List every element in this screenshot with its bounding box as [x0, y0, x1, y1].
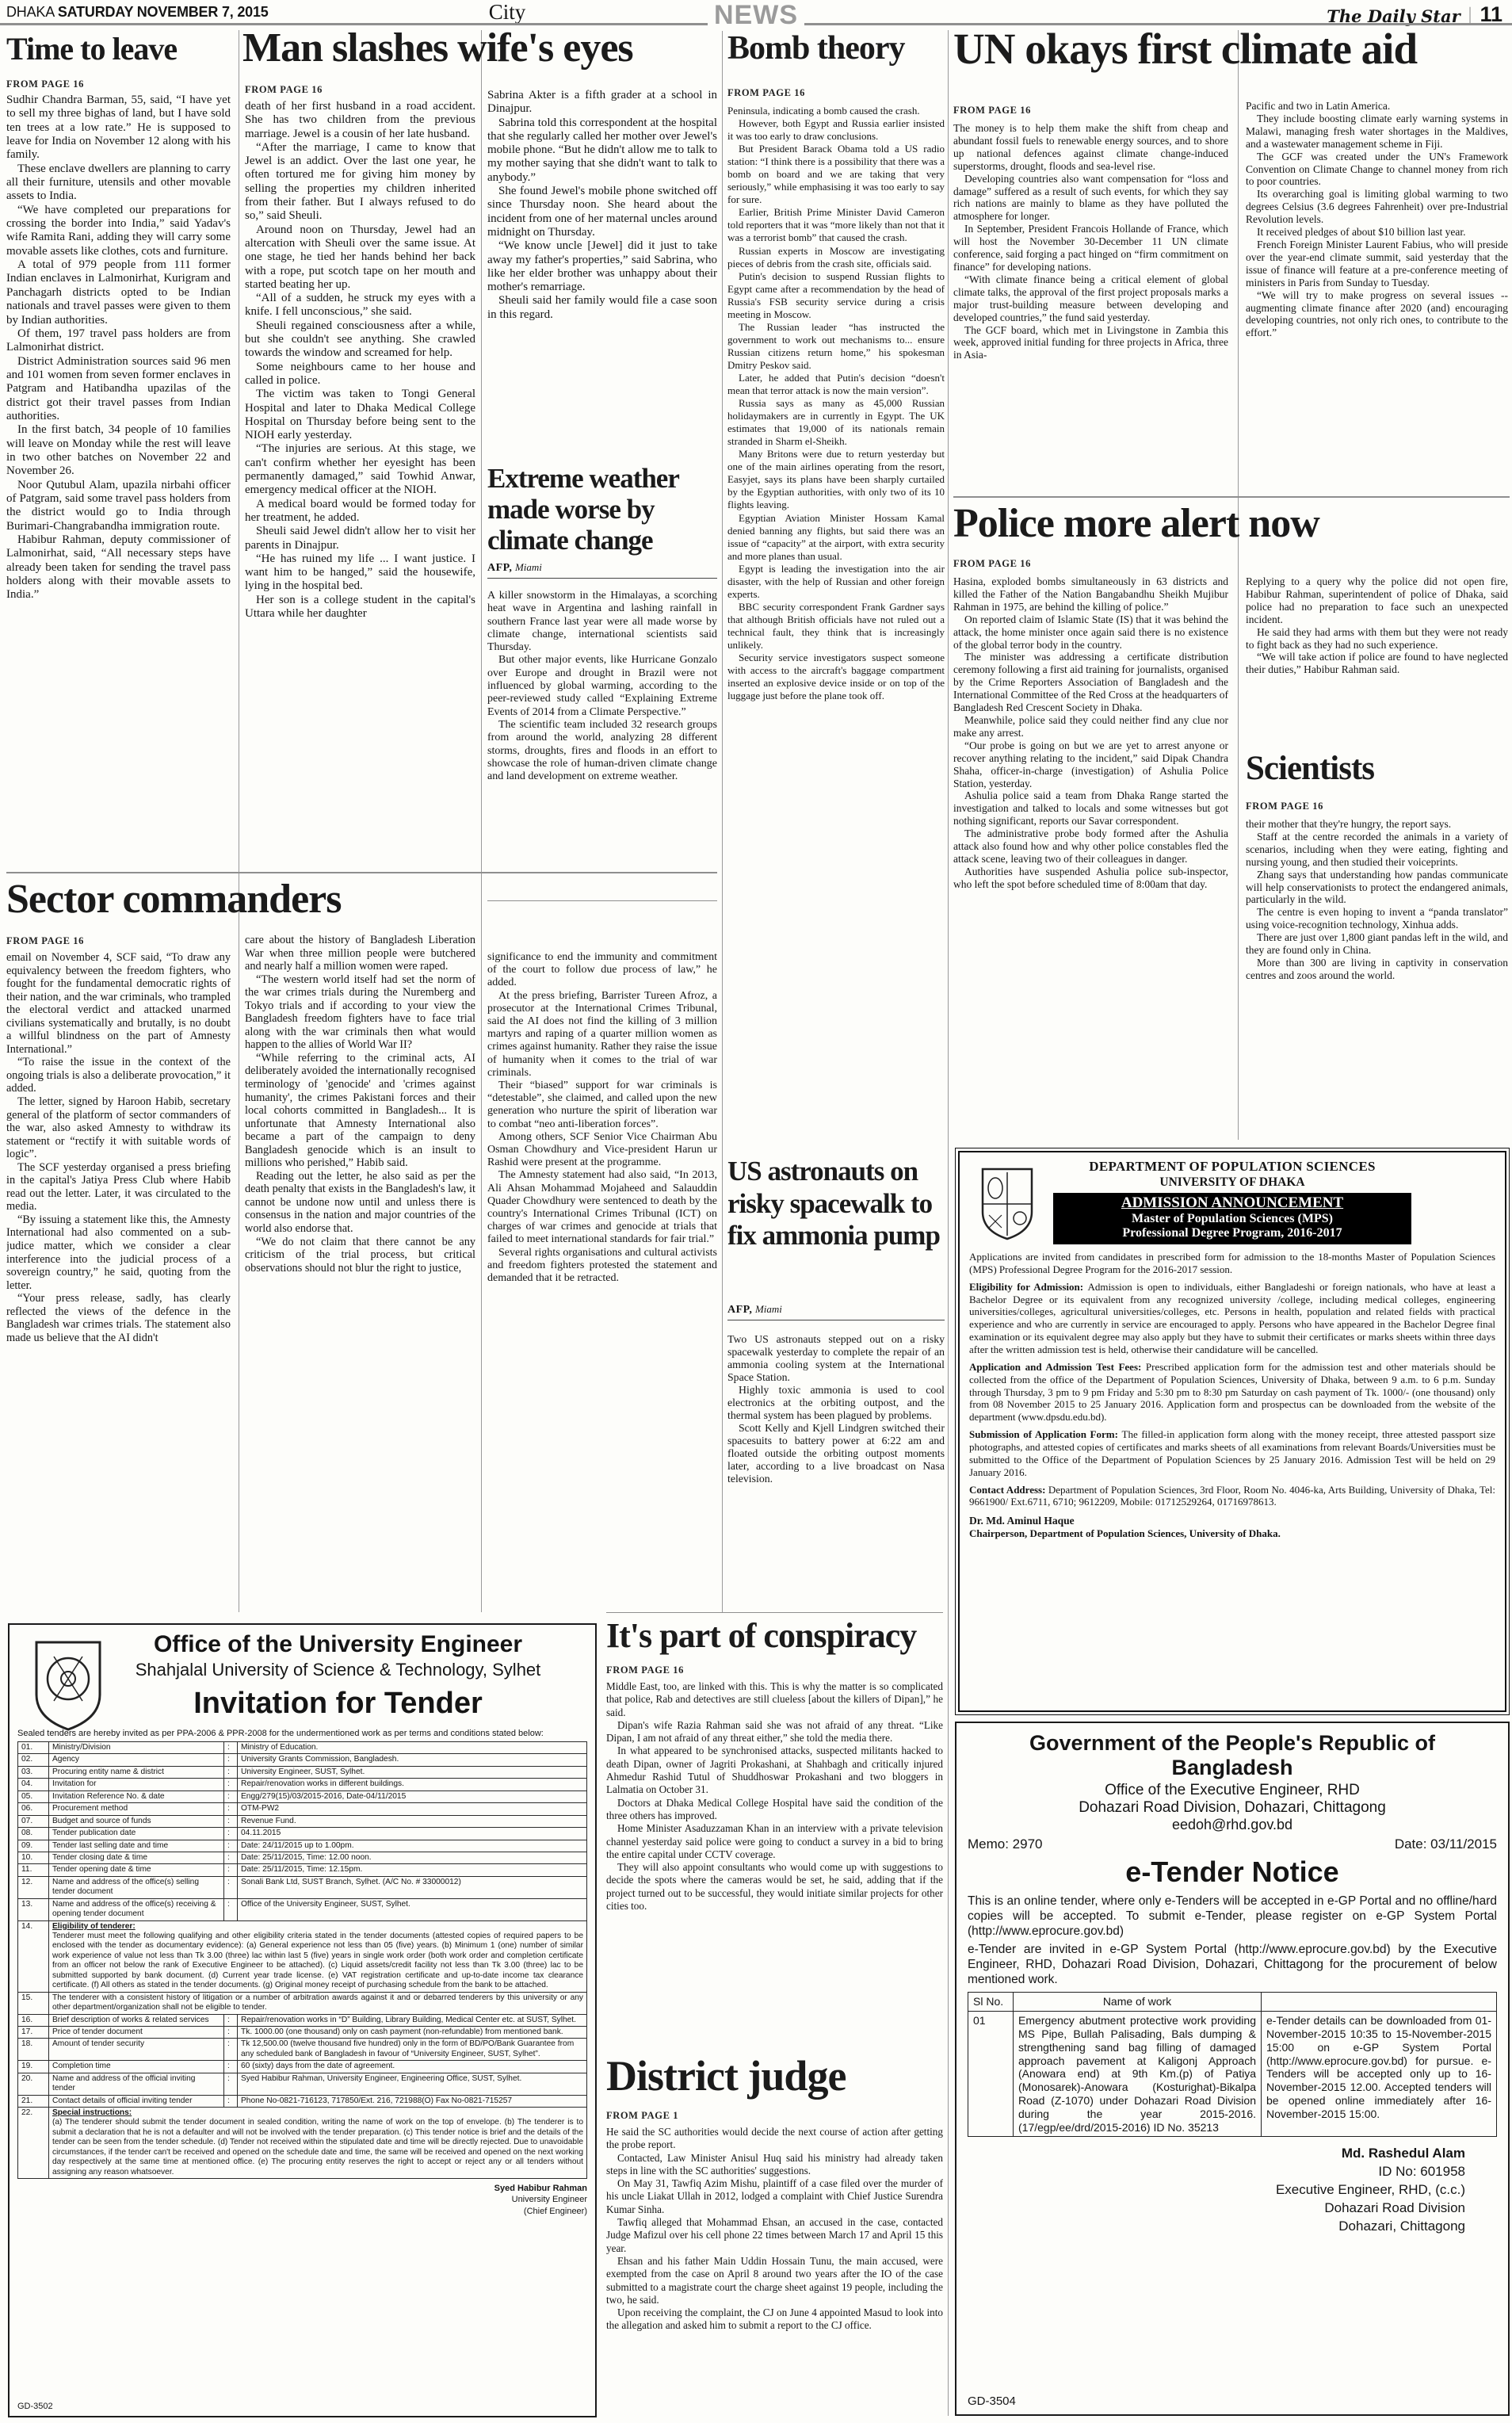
article-body-man-slashes-col1: death of her first husband in a road acc… [245, 100, 475, 842]
article-body-sector-col3: significance to end the immunity and com… [487, 951, 717, 1614]
column-divider [722, 30, 723, 1612]
paragraph: On reported claim of Islamic State (IS) … [953, 613, 1228, 652]
paragraph: “We will take action if police are found… [1246, 651, 1508, 676]
paragraph: Later, he added that Putin's decision “d… [727, 372, 945, 397]
paragraph: death of her first husband in a road acc… [245, 100, 475, 141]
paragraph: Home Minister Asaduzzaman Khan in an int… [606, 1822, 943, 1861]
paragraph: “He has ruined my life ... I want justic… [245, 552, 475, 594]
gd-number: GD-3504 [968, 2394, 1016, 2408]
tender-row: 08.Tender publication date:04.11.2015 [18, 1828, 587, 1840]
kicker: FROM PAGE 16 [1246, 801, 1323, 812]
section-label: City [444, 0, 571, 25]
tender-cell: 60 (sixty) days from the date of agreeme… [238, 2061, 587, 2073]
tender-cell: University Grants Commission, Bangladesh… [238, 1754, 587, 1766]
paragraph: They include boosting climate early warn… [1246, 113, 1508, 151]
tender-cell: 01. [18, 1742, 49, 1754]
tender-cell: 18. [18, 2039, 49, 2061]
paragraph: The centre is even hoping to invent a “p… [1246, 906, 1508, 931]
paragraph: “All of a sudden, he struck my eyes with… [245, 292, 475, 319]
paragraph: Some neighbours came to her house and ca… [245, 361, 475, 388]
tender-cell: : [224, 1898, 238, 1920]
paragraph: She found Jewel's mobile phone switched … [487, 185, 717, 239]
headline-district-judge: District judge [606, 2054, 943, 2098]
tender-cell: 04.11.2015 [238, 1828, 587, 1840]
tender-row: 11.Tender opening date & time:Date: 25/1… [18, 1864, 587, 1876]
paragraph: Developing countries also want compensat… [953, 173, 1228, 224]
paragraph: “We do not claim that there cannot be an… [245, 1236, 475, 1275]
tender-cell: Sonali Bank Ltd, SUST Branch, Sylhet. (A… [238, 1876, 587, 1898]
table-header-row: Sl No. Name of work [968, 1993, 1497, 2012]
tender-cell: 11. [18, 1864, 49, 1876]
byline-place: Miami [515, 561, 542, 573]
paragraph: The Amnesty statement had also said, “In… [487, 1169, 717, 1246]
article-body-extreme-weather: A killer snowstorm in the Himalayas, a s… [487, 590, 717, 892]
kicker: FROM PAGE 16 [245, 84, 323, 96]
signatory-title: University Engineer [17, 2194, 587, 2205]
tender-cell: : [224, 1815, 238, 1827]
tender-cell: OTM-PW2 [238, 1803, 587, 1815]
tender-cell: : [224, 1852, 238, 1863]
paragraph: A total of 979 people from 111 former In… [6, 258, 231, 327]
paragraph: “By issuing a statement like this, the A… [6, 1213, 231, 1292]
rhd-title: e-Tender Notice [968, 1855, 1497, 1889]
dps-blackbar: ADMISSION ANNOUNCEMENT Master of Populat… [1053, 1193, 1411, 1244]
tender-cell: Phone No-0821-716123, 717850/Ext. 216, 7… [238, 2095, 587, 2107]
tender-cell: 02. [18, 1754, 49, 1766]
paragraph: Tawfiq alleged that Mohammad Ehsan, an a… [606, 2216, 943, 2255]
paragraph: The GCF board, which met in Livingstone … [953, 324, 1228, 362]
headline-conspiracy: It's part of conspiracy [606, 1619, 943, 1654]
tender-cell: 08. [18, 1828, 49, 1840]
tender-cell: 05. [18, 1790, 49, 1802]
ad-signature: Syed Habibur Rahman University Engineer … [17, 2183, 587, 2217]
paragraph: “The injuries are serious. At this stage… [245, 442, 475, 497]
section-rule [606, 1612, 943, 1613]
tender-cell: Eligibility of tenderer: Tenderer must m… [49, 1920, 587, 1992]
paragraph: “After the marriage, I came to know that… [245, 141, 475, 224]
paragraph: Around noon on Thursday, Jewel had an al… [245, 224, 475, 292]
dps-university: UNIVERSITY OF DHAKA [969, 1175, 1495, 1190]
tender-cell: Tender opening date & time [49, 1864, 224, 1876]
tender-cell: 14. [18, 1920, 49, 1992]
paragraph-lead: Contact Address: [969, 1484, 1048, 1496]
paragraph: Meanwhile, police said they could neithe… [953, 714, 1228, 740]
paragraph: Sheuli said her family would file a case… [487, 294, 717, 322]
paragraph: Authorities have suspended Ashulia polic… [953, 866, 1228, 891]
paragraph: Russian experts in Moscow are investigat… [727, 245, 945, 270]
paragraph: Their “biased” support for war criminals… [487, 1080, 717, 1131]
article-body-police-col1: Hasina, exploded bombs simultaneously in… [953, 575, 1228, 1102]
paragraph: Peninsula, indicating a bomb caused the … [727, 105, 945, 117]
tender-cell: 15. [18, 1992, 49, 2014]
column-divider [481, 30, 482, 1612]
tender-cell: 20. [18, 2073, 49, 2095]
article-body-un-okays-col1: The money is to help them make the shift… [953, 122, 1228, 490]
paragraph: French Foreign Minister Laurent Fabius, … [1246, 239, 1508, 289]
article-body-police-col2: Replying to a query why the police did n… [1246, 575, 1508, 747]
paragraph: Sabrina Akter is a fifth grader at a sch… [487, 89, 717, 117]
tender-cell: 21. [18, 2095, 49, 2107]
tender-cell: Budget and source of funds [49, 1815, 224, 1827]
article-body-man-slashes-col2: Sabrina Akter is a fifth grader at a sch… [487, 89, 717, 453]
paragraph: Her son is a college student in the capi… [245, 594, 475, 621]
paragraph: The money is to help them make the shift… [953, 122, 1228, 173]
tender-cell: Name and address of the office(s) receiv… [49, 1898, 224, 1920]
paragraph: Upon receiving the complaint, the CJ on … [606, 2306, 943, 2333]
tender-cell: Amount of tender security [49, 2039, 224, 2061]
article-body-un-okays-col2: Pacific and two in Latin America.They in… [1246, 100, 1508, 490]
tender-cell-label: Special instructions: [52, 2108, 132, 2117]
tender-cell: 07. [18, 1815, 49, 1827]
headline-un-okays: UN okays first climate aid [953, 27, 1510, 71]
dps-signatory-name: Dr. Md. Aminul Haque [969, 1515, 1495, 1527]
tender-cell: Name and address of the official invitin… [49, 2073, 224, 2095]
tender-cell: Engg/279(15)/03/2015-2016, Date-04/11/20… [238, 1790, 587, 1802]
section-rule [487, 900, 717, 901]
tender-cell: Invitation Reference No. & date [49, 1790, 224, 1802]
tender-cell: Tender last selling date and time [49, 1840, 224, 1852]
paragraph: Dipan's wife Razia Rahman said she was n… [606, 1719, 943, 1745]
tender-cell: Date: 25/11/2015, Time: 12.15pm. [238, 1864, 587, 1876]
paragraph: Ashulia police said a team from Dhaka Ra… [953, 789, 1228, 827]
paragraph: But President Barack Obama told a US rad… [727, 143, 945, 206]
ad-university-name: Shahjalal University of Science & Techno… [89, 1660, 587, 1680]
ad-office-name: Office of the University Engineer [89, 1631, 587, 1658]
tender-row: 01.Ministry/Division:Ministry of Educati… [18, 1742, 587, 1754]
dhaka-university-logo [978, 1166, 1037, 1242]
paragraph: Doctors at Dhaka Medical College Hospita… [606, 1797, 943, 1823]
tender-cell: Procuring entity name & district [49, 1766, 224, 1778]
rhd-signature: Md. Rashedul Alam ID No: 601958 Executiv… [968, 2145, 1465, 2236]
paragraph: “We have completed our preparations for … [6, 204, 231, 258]
col-sl: Sl No. [968, 1993, 1014, 2012]
masthead-date: SATURDAY NOVEMBER 7, 2015 [58, 4, 269, 20]
news-watermark: NEWS [708, 0, 804, 31]
tender-row: 12.Name and address of the office(s) sel… [18, 1876, 587, 1898]
rhd-signatory-place: Dohazari, Chittagong [968, 2218, 1465, 2236]
headline-time-to-leave: Time to leave [6, 33, 231, 66]
paragraph: Reading out the letter, he also said as … [245, 1170, 475, 1236]
tender-cell: Office of the University Engineer, SUST,… [238, 1898, 587, 1920]
tender-row: 03.Procuring entity name & district:Univ… [18, 1766, 587, 1778]
tender-cell: : [224, 1779, 238, 1790]
article-body-scientists: their mother that they're hungry, the re… [1246, 818, 1508, 1138]
paragraph: their mother that they're hungry, the re… [1246, 818, 1508, 831]
paragraph: Scott Kelly and Kjell Lindgren switched … [727, 1422, 945, 1485]
tender-row: 06.Procurement method:OTM-PW2 [18, 1803, 587, 1815]
byline-us-astronauts: AFP, Miami [727, 1303, 945, 1320]
paragraph: significance to end the immunity and com… [487, 951, 717, 990]
article-body-sector-col2: care about the history of Bangladesh Lib… [245, 934, 475, 1614]
rhd-division-line: Dohazari Road Division, Dohazari, Chitta… [968, 1799, 1497, 1817]
paragraph: Zhang says that understanding how pandas… [1246, 869, 1508, 907]
paragraph: In the first batch, 34 people of 10 fami… [6, 423, 231, 478]
tender-cell: Tk. 1000.00 (one thousand) only on cash … [238, 2026, 587, 2038]
tender-cell: Syed Habibur Rahman, University Engineer… [238, 2073, 587, 2095]
tender-cell: 06. [18, 1803, 49, 1815]
masthead-dateline: DHAKA SATURDAY NOVEMBER 7, 2015 [6, 4, 269, 21]
dps-paragraphs: Eligibility for Admission: Admission is … [969, 1281, 1495, 1509]
gd-number: GD-3502 [17, 2402, 53, 2411]
paragraph: Of them, 197 travel pass holders are fro… [6, 327, 231, 355]
kicker: FROM PAGE 16 [6, 78, 84, 90]
kicker: FROM PAGE 16 [606, 1664, 684, 1676]
paragraph: Its overarching goal is limiting global … [1246, 188, 1508, 226]
paragraph: Staff at the centre recorded the animals… [1246, 831, 1508, 869]
tender-cell: 03. [18, 1766, 49, 1778]
headline-bomb-theory: Bomb theory [727, 32, 945, 66]
paragraph: Sheuli said Jewel didn't allow her to vi… [245, 525, 475, 552]
byline-agency: AFP, [487, 562, 512, 574]
headline-scientists: Scientists [1246, 751, 1508, 786]
tender-cell: : [224, 2073, 238, 2095]
paragraph: “Our probe is going on but we are yet to… [953, 740, 1228, 790]
tender-cell: : [224, 2039, 238, 2061]
paragraph: There are just over 1,800 giant pandas l… [1246, 931, 1508, 957]
column-divider [239, 30, 239, 1612]
paragraph: Hasina, exploded bombs simultaneously in… [953, 575, 1228, 613]
signatory-name: Syed Habibur Rahman [17, 2183, 587, 2194]
tender-row: 22.Special instructions: (a) The tendere… [18, 2108, 587, 2179]
rhd-signatory-division: Dohazari Road Division [968, 2199, 1465, 2218]
tender-cell: Ministry of Education. [238, 1742, 587, 1754]
tender-cell: 12. [18, 1876, 49, 1898]
paragraph: “We will try to make progress on several… [1246, 289, 1508, 340]
paragraph: The scientific team included 32 research… [487, 719, 717, 783]
tender-cell: 19. [18, 2061, 49, 2073]
paragraph: A killer snowstorm in the Himalayas, a s… [487, 590, 717, 654]
paragraph: Application and Admission Test Fees: Pre… [969, 1361, 1495, 1424]
sust-logo [30, 1639, 106, 1733]
tender-table: 01.Ministry/Division:Ministry of Educati… [17, 1741, 587, 2179]
paragraph: However, both Egypt and Russia earlier i… [727, 117, 945, 143]
article-body-conspiracy: Middle East, too, are linked with this. … [606, 1680, 943, 2050]
tender-cell: Ministry/Division [49, 1742, 224, 1754]
paragraph: Many Britons were due to return yesterda… [727, 448, 945, 511]
headline-extreme-weather: Extreme weather made worse by climate ch… [487, 463, 717, 556]
paragraph: In what appeared to be synchronised atta… [606, 1745, 943, 1796]
paragraph: Security service investigators suspect s… [727, 652, 945, 702]
paragraph: But other major events, like Hurricane G… [487, 654, 717, 718]
ad-rhd-etender: Government of the People's Republic of B… [955, 1722, 1510, 2416]
tender-cell: Repair/renovation works in different bui… [238, 1779, 587, 1790]
rhd-office-line: Office of the Executive Engineer, RHD [968, 1782, 1497, 1799]
section-rule [953, 496, 1510, 498]
rhd-signatory-name: Md. Rashedul Alam [968, 2145, 1465, 2163]
tender-cell: : [224, 1790, 238, 1802]
headline-man-slashes: Man slashes wife's eyes [242, 27, 718, 69]
newspaper-page: DHAKA SATURDAY NOVEMBER 7, 2015 City NEW… [0, 0, 1512, 2423]
tender-row: 14.Eligibility of tenderer: Tenderer mus… [18, 1920, 587, 1992]
headline-sector-commanders: Sector commanders [6, 878, 482, 920]
dps-announcement: ADMISSION ANNOUNCEMENT [1058, 1194, 1407, 1212]
paragraph: “While referring to the criminal acts, A… [245, 1052, 475, 1170]
tender-cell: : [224, 1840, 238, 1852]
tender-row: 18.Amount of tender security:Tk 12,500.0… [18, 2039, 587, 2061]
rhd-para1: This is an online tender, where only e-T… [968, 1894, 1497, 1939]
paragraph: The minister was addressing a certificat… [953, 651, 1228, 714]
tender-cell: Agency [49, 1754, 224, 1766]
tender-cell: : [224, 2095, 238, 2107]
paragraph: Replying to a query why the police did n… [1246, 575, 1508, 626]
cell-sl: 01 [968, 2012, 1014, 2137]
byline-place: Miami [755, 1303, 782, 1315]
kicker: FROM PAGE 16 [6, 935, 84, 947]
paragraph: “With climate finance being a critical e… [953, 273, 1228, 324]
rhd-signatory-title: Executive Engineer, RHD, (c.c.) [968, 2181, 1465, 2199]
paragraph: The GCF was created under the UN's Frame… [1246, 151, 1508, 189]
paragraph: The SCF yesterday organised a press brie… [6, 1161, 231, 1213]
tender-row: 04.Invitation for:Repair/renovation work… [18, 1779, 587, 1790]
rhd-para2: e-Tender are invited in e-GP System Port… [968, 1942, 1497, 1987]
dps-intro: Applications are invited from candidates… [969, 1251, 1495, 1276]
paragraph: Among others, SCF Senior Vice Chairman A… [487, 1131, 717, 1170]
kicker: FROM PAGE 16 [953, 105, 1031, 117]
tender-cell: 22. [18, 2108, 49, 2179]
tender-row: 19.Completion time:60 (sixty) days from … [18, 2061, 587, 2073]
tender-cell: Procurement method [49, 1803, 224, 1815]
tender-cell: 13. [18, 1898, 49, 1920]
byline-agency: AFP, [727, 1304, 752, 1316]
rhd-work-table: Sl No. Name of work 01 Emergency abutmen… [968, 1992, 1497, 2137]
paragraph: Two US astronauts stepped out on a risky… [727, 1333, 945, 1384]
tender-cell: : [224, 1766, 238, 1778]
dps-program: Master of Population Sciences (MPS) [1058, 1212, 1407, 1226]
tender-cell: : [224, 1864, 238, 1876]
table-row: 01 Emergency abutment protective work pr… [968, 2012, 1497, 2137]
tender-cell: Tender closing date & time [49, 1852, 224, 1863]
tender-cell: : [224, 2061, 238, 2073]
article-body-district-judge: He said the SC authorities would decide … [606, 2126, 943, 2419]
paragraph: Egypt is leading the investigation into … [727, 563, 945, 601]
tender-cell: Price of tender document [49, 2026, 224, 2038]
tender-cell: Tender publication date [49, 1828, 224, 1840]
tender-row: 02.Agency:University Grants Commission, … [18, 1754, 587, 1766]
paragraph: Contacted, Law Minister Anisul Huq said … [606, 2152, 943, 2178]
rhd-date: Date: 03/11/2015 [1395, 1836, 1497, 1852]
tender-cell: Revenue Fund. [238, 1815, 587, 1827]
paragraph: On May 31, Tawfiq Azim Mishu, plaintiff … [606, 2177, 943, 2216]
rhd-gov-line: Government of the People's Republic of B… [968, 1731, 1497, 1780]
paragraph: Several rights organisations and cultura… [487, 1247, 717, 1286]
cell-work: Emergency abutment protective work provi… [1014, 2012, 1262, 2137]
paragraph-lead: Application and Admission Test Fees: [969, 1361, 1146, 1373]
tender-cell: Date: 25/11/2015, Time: 12.00 noon. [238, 1852, 587, 1863]
tender-cell: Repair/renovation works in “D” Building,… [238, 2014, 587, 2026]
tender-cell: 10. [18, 1852, 49, 1863]
article-body-time-to-leave: Sudhir Chandra Barman, 55, said, “I have… [6, 94, 231, 837]
tender-cell: Invitation for [49, 1779, 224, 1790]
tender-row: 13.Name and address of the office(s) rec… [18, 1898, 587, 1920]
tender-row: 09.Tender last selling date and time:Dat… [18, 1840, 587, 1852]
tender-cell: Tk 12,500.00 (twelve thousand five hundr… [238, 2039, 587, 2061]
ad-sust-tender: Office of the University Engineer Shahja… [8, 1623, 597, 2417]
tender-cell: University Engineer, SUST, Sylhet. [238, 1766, 587, 1778]
signatory-title2: (Chief Engineer) [17, 2206, 587, 2217]
tender-cell: : [224, 2026, 238, 2038]
tender-cell: : [224, 1828, 238, 1840]
paragraph: Sudhir Chandra Barman, 55, said, “I have… [6, 94, 231, 162]
byline-extreme-weather: AFP, Miami [487, 561, 717, 579]
paragraph: “Your press release, sadly, has clearly … [6, 1292, 231, 1344]
paragraph: These enclave dwellers are planning to c… [6, 162, 231, 204]
paragraph: The administrative probe body formed aft… [953, 827, 1228, 866]
paragraph: It received pledges of about $10 billion… [1246, 226, 1508, 239]
tender-cell: 09. [18, 1840, 49, 1852]
column-divider [948, 30, 949, 2416]
tender-row: 10.Tender closing date & time:Date: 25/1… [18, 1852, 587, 1863]
tender-row: 21.Contact details of official inviting … [18, 2095, 587, 2107]
paragraph: The victim was taken to Tongi General Ho… [245, 388, 475, 442]
headline-us-astronauts: US astronauts on risky spacewalk to fix … [727, 1156, 945, 1252]
rhd-signatory-id: ID No: 601958 [968, 2163, 1465, 2181]
article-body-bomb-theory: Peninsula, indicating a bomb caused the … [727, 105, 945, 1149]
tender-row: 15.The tenderer with a consistent histor… [18, 1992, 587, 2014]
kicker: FROM PAGE 16 [953, 558, 1031, 570]
tender-row: 17.Price of tender document:Tk. 1000.00 … [18, 2026, 587, 2038]
paragraph: Contact Address: Department of Populatio… [969, 1484, 1495, 1509]
paragraph: Habibur Rahman, deputy commissioner of L… [6, 533, 231, 602]
headline-police-alert: Police more alert now [953, 503, 1510, 545]
article-body-sector-col1: email on November 4, SCF said, “To draw … [6, 951, 231, 1614]
dps-dept: DEPARTMENT OF POPULATION SCIENCES [969, 1159, 1495, 1175]
tender-row: 05.Invitation Reference No. & date:Engg/… [18, 1790, 587, 1802]
paragraph: In September, President Francois Holland… [953, 223, 1228, 273]
kicker: FROM PAGE 1 [606, 2110, 678, 2122]
dps-session: Professional Degree Program, 2016-2017 [1058, 1226, 1407, 1240]
paragraph: He said they had arms with them but they… [1246, 626, 1508, 652]
tender-row: 20.Name and address of the official invi… [18, 2073, 587, 2095]
ad-dps-admission: DEPARTMENT OF POPULATION SCIENCES UNIVER… [955, 1148, 1510, 1715]
paragraph: “We know uncle [Jewel] did it just to ta… [487, 239, 717, 294]
tender-cell: : [224, 1742, 238, 1754]
paragraph: Middle East, too, are linked with this. … [606, 1680, 943, 1719]
tender-cell: : [224, 2014, 238, 2026]
paragraph: Sheuli regained consciousness after a wh… [245, 319, 475, 361]
col-details [1262, 1993, 1497, 2012]
tender-row: 16.Brief description of works & related … [18, 2014, 587, 2026]
section-rule [6, 872, 717, 873]
paragraph: Ehsan and his father Main Uddin Hossain … [606, 2255, 943, 2306]
paragraph: At the press briefing, Barrister Tureen … [487, 990, 717, 1080]
paragraph: The Russian leader “has instructed the g… [727, 321, 945, 372]
paragraph: Eligibility for Admission: Admission is … [969, 1281, 1495, 1356]
paragraph: Putin's decision to suspend Russian flig… [727, 270, 945, 321]
paragraph: Sabrina told this correspondent at the h… [487, 117, 717, 185]
paragraph: They will also appoint consultants who w… [606, 1861, 943, 1913]
kicker: FROM PAGE 16 [727, 87, 805, 99]
tender-cell: The tenderer with a consistent history o… [49, 1992, 587, 2014]
cell-details: e-Tender details can be downloaded from … [1262, 2012, 1497, 2137]
paragraph: A medical board would be formed today fo… [245, 498, 475, 525]
tender-cell: Completion time [49, 2061, 224, 2073]
paragraph: email on November 4, SCF said, “To draw … [6, 951, 231, 1056]
paragraph: More than 300 are living in captivity in… [1246, 957, 1508, 982]
paragraph: District Administration sources said 96 … [6, 355, 231, 424]
rhd-memo: Memo: 2970 [968, 1836, 1043, 1852]
paragraph-lead: Submission of Application Form: [969, 1428, 1122, 1440]
rhd-email: eedoh@rhd.gov.bd [968, 1817, 1497, 1833]
paragraph: The letter, signed by Haroon Habib, secr… [6, 1095, 231, 1161]
tender-cell: Contact details of official inviting ten… [49, 2095, 224, 2107]
article-body-us-astronauts: Two US astronauts stepped out on a risky… [727, 1333, 945, 1612]
column-divider [1238, 30, 1239, 1140]
tender-cell-label: Eligibility of tenderer: [52, 1922, 136, 1931]
tender-row: 07.Budget and source of funds:Revenue Fu… [18, 1815, 587, 1827]
paragraph: care about the history of Bangladesh Lib… [245, 934, 475, 973]
paragraph: BBC security correspondent Frank Gardner… [727, 601, 945, 652]
paragraph: Highly toxic ammonia is used to cool ele… [727, 1384, 945, 1422]
